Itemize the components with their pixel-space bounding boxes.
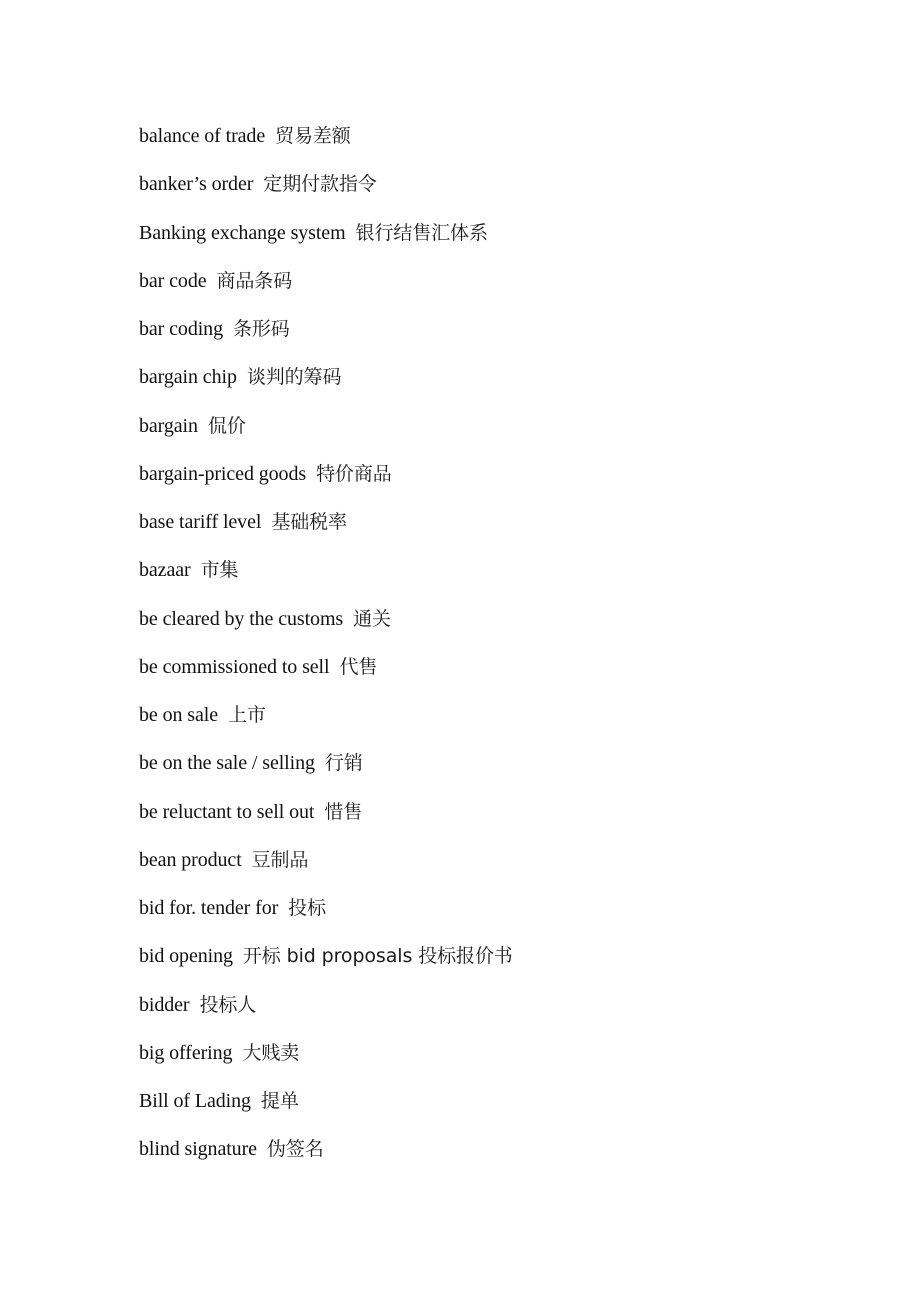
entry-translation: 提单 xyxy=(261,1090,299,1112)
glossary-list: balance of trade贸易差额 banker’s order定期付款指… xyxy=(139,122,513,1184)
entry-term: bargain chip xyxy=(139,366,237,388)
entry-translation: 投标 xyxy=(288,897,326,919)
glossary-entry: base tariff level基础税率 xyxy=(139,508,513,556)
glossary-entry: bid opening开标 bid proposals 投标报价书 xyxy=(139,942,513,990)
glossary-entry: banker’s order定期付款指令 xyxy=(139,170,513,218)
entry-term: Bill of Lading xyxy=(139,1090,251,1112)
entry-term: be on the sale / selling xyxy=(139,752,315,774)
glossary-entry: bid for. tender for投标 xyxy=(139,894,513,942)
entry-term: be on sale xyxy=(139,704,218,726)
glossary-entry: bar coding条形码 xyxy=(139,315,513,363)
glossary-entry: be on sale上市 xyxy=(139,701,513,749)
glossary-entry: be cleared by the customs通关 xyxy=(139,605,513,653)
entry-translation: 商品条码 xyxy=(217,270,293,292)
entry-translation: 市集 xyxy=(201,559,239,581)
glossary-entry: Bill of Lading提单 xyxy=(139,1087,513,1135)
entry-translation: 豆制品 xyxy=(252,849,309,871)
entry-term: banker’s order xyxy=(139,173,253,195)
entry-translation: 惜售 xyxy=(324,801,362,823)
entry-term: be reluctant to sell out xyxy=(139,801,314,823)
entry-term: bar coding xyxy=(139,318,223,340)
entry-translation: 通关 xyxy=(353,608,391,630)
entry-term: big offering xyxy=(139,1042,232,1064)
entry-translation: 行销 xyxy=(325,752,363,774)
entry-translation: 特价商品 xyxy=(316,463,392,485)
glossary-entry: bean product豆制品 xyxy=(139,846,513,894)
glossary-entry: big offering大贱卖 xyxy=(139,1039,513,1087)
entry-term: bazaar xyxy=(139,559,191,581)
glossary-entry: bargain侃价 xyxy=(139,412,513,460)
glossary-entry: bidder投标人 xyxy=(139,991,513,1039)
entry-translation: 代售 xyxy=(339,656,377,678)
glossary-entry: be commissioned to sell代售 xyxy=(139,653,513,701)
entry-term: be commissioned to sell xyxy=(139,656,329,678)
entry-term: base tariff level xyxy=(139,511,261,533)
entry-translation: 贸易差额 xyxy=(275,125,351,147)
glossary-entry: be reluctant to sell out惜售 xyxy=(139,798,513,846)
entry-translation: 伪签名 xyxy=(267,1138,324,1160)
entry-translation: 开标 bid proposals 投标报价书 xyxy=(243,945,513,967)
glossary-entry: blind signature伪签名 xyxy=(139,1135,513,1183)
document-page: balance of trade贸易差额 banker’s order定期付款指… xyxy=(0,0,920,1302)
entry-term: bar code xyxy=(139,270,207,292)
entry-term: be cleared by the customs xyxy=(139,608,343,630)
glossary-entry: Banking exchange system银行结售汇体系 xyxy=(139,219,513,267)
glossary-entry: bazaar市集 xyxy=(139,556,513,604)
entry-translation: 定期付款指令 xyxy=(263,173,376,195)
entry-term: bean product xyxy=(139,849,242,871)
entry-translation: 大贱卖 xyxy=(242,1042,299,1064)
entry-translation: 银行结售汇体系 xyxy=(356,222,488,244)
entry-translation: 条形码 xyxy=(233,318,290,340)
entry-term: bid for. tender for xyxy=(139,897,278,919)
glossary-entry: be on the sale / selling行销 xyxy=(139,749,513,797)
entry-translation: 谈判的筹码 xyxy=(247,366,342,388)
entry-term: bargain xyxy=(139,415,198,437)
glossary-entry: balance of trade贸易差额 xyxy=(139,122,513,170)
entry-translation: 侃价 xyxy=(208,415,246,437)
glossary-entry: bargain chip谈判的筹码 xyxy=(139,363,513,411)
glossary-entry: bar code商品条码 xyxy=(139,267,513,315)
entry-term: Banking exchange system xyxy=(139,222,346,244)
entry-term: bid opening xyxy=(139,945,233,967)
entry-term: bidder xyxy=(139,994,190,1016)
glossary-entry: bargain-priced goods特价商品 xyxy=(139,460,513,508)
entry-term: balance of trade xyxy=(139,125,265,147)
entry-translation: 基础税率 xyxy=(271,511,347,533)
entry-translation: 上市 xyxy=(228,704,266,726)
entry-term: blind signature xyxy=(139,1138,257,1160)
entry-term: bargain-priced goods xyxy=(139,463,306,485)
entry-translation: 投标人 xyxy=(200,994,257,1016)
